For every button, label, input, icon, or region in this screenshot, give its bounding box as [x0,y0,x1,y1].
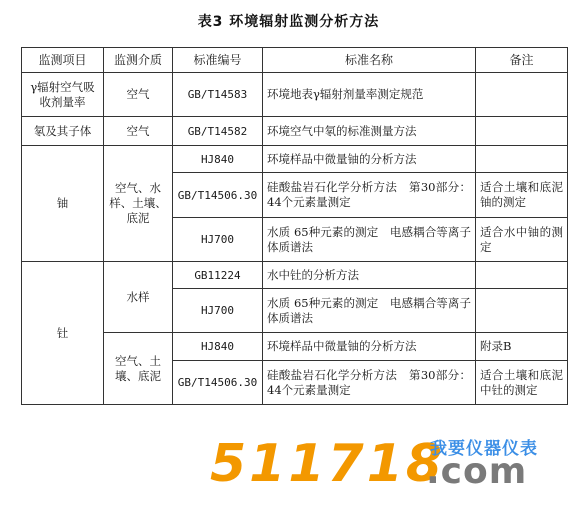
medium-cell: 空气、土壤、底泥 [104,333,173,405]
code-cell: GB/T14583 [173,73,263,117]
header-name: 标准名称 [263,48,476,73]
table-title: 表3 环境辐射监测分析方法 [0,11,577,31]
code-cell: GB/T14506.30 [173,173,263,218]
code-cell: HJ700 [173,218,263,262]
header-item: 监测项目 [22,48,104,73]
note-cell [476,289,568,333]
code-cell: GB/T14582 [173,117,263,146]
medium-cell: 空气 [104,73,173,117]
table-row: 铀 空气、水样、土壤、底泥 HJ840 环境样品中微量铀的分析方法 [22,146,568,173]
note-cell: 适合水中铀的测定 [476,218,568,262]
table-row: 氡及其子体 空气 GB/T14582 环境空气中氡的标准测量方法 [22,117,568,146]
name-cell: 环境地表γ辐射剂量率测定规范 [263,73,476,117]
radiation-methods-table: 监测项目 监测介质 标准编号 标准名称 备注 γ辐射空气吸收剂量率 空气 GB/… [21,47,568,405]
header-note: 备注 [476,48,568,73]
medium-cell: 空气、水样、土壤、底泥 [104,146,173,262]
code-cell: HJ840 [173,333,263,361]
name-cell: 硅酸盐岩石化学分析方法 第30部分：44个元素量测定 [263,361,476,405]
note-cell: 附录B [476,333,568,361]
name-cell: 水质 65种元素的测定 电感耦合等离子体质谱法 [263,289,476,333]
code-cell: HJ840 [173,146,263,173]
item-cell: 铀 [22,146,104,262]
header-medium: 监测介质 [104,48,173,73]
table-row: γ辐射空气吸收剂量率 空气 GB/T14583 环境地表γ辐射剂量率测定规范 [22,73,568,117]
table-row: 钍 水样 GB11224 水中钍的分析方法 [22,262,568,289]
header-row: 监测项目 监测介质 标准编号 标准名称 备注 [22,48,568,73]
code-cell: HJ700 [173,289,263,333]
medium-cell: 空气 [104,117,173,146]
name-cell: 水质 65种元素的测定 电感耦合等离子体质谱法 [263,218,476,262]
code-cell: GB11224 [173,262,263,289]
note-cell: 适合土壤和底泥铀的测定 [476,173,568,218]
note-cell: 适合土壤和底泥中钍的测定 [476,361,568,405]
logo-domain: .com [426,452,527,492]
name-cell: 环境样品中微量铀的分析方法 [263,146,476,173]
note-cell [476,73,568,117]
name-cell: 环境空气中氡的标准测量方法 [263,117,476,146]
note-cell [476,262,568,289]
code-cell: GB/T14506.30 [173,361,263,405]
name-cell: 水中钍的分析方法 [263,262,476,289]
note-cell [476,146,568,173]
header-code: 标准编号 [173,48,263,73]
logo-number: 511718 [210,436,445,492]
name-cell: 硅酸盐岩石化学分析方法 第30部分：44个元素量测定 [263,173,476,218]
note-cell [476,117,568,146]
table-row: 空气、土壤、底泥 HJ840 环境样品中微量铀的分析方法 附录B [22,333,568,361]
watermark-logo: 511718 我要仪器仪表 .com [210,432,560,496]
item-cell: 氡及其子体 [22,117,104,146]
medium-cell: 水样 [104,262,173,333]
item-cell: 钍 [22,262,104,405]
name-cell: 环境样品中微量铀的分析方法 [263,333,476,361]
item-cell: γ辐射空气吸收剂量率 [22,73,104,117]
